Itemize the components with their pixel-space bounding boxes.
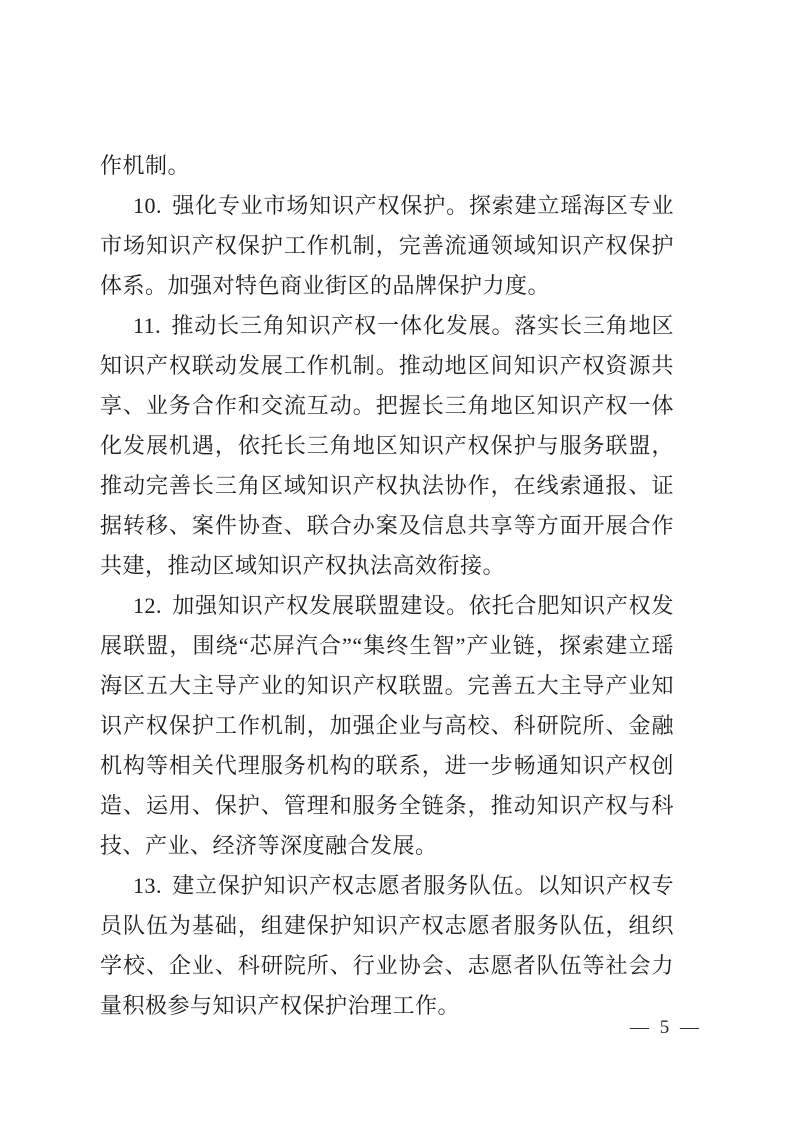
- paragraph-heading: 强化专业市场知识产权保护。: [172, 193, 469, 218]
- paragraph-number: 10.: [133, 193, 162, 218]
- paragraph-item-12: 12.加强知识产权发展联盟建设。依托合肥知识产权发展联盟，围绕“芯屏汽合”“集终…: [100, 586, 674, 866]
- page-number: — 5 —: [630, 1018, 702, 1037]
- paragraph-text: 依托合肥知识产权发展联盟，围绕“芯屏汽合”“集终生智”产业链，探索建立瑶海区五大…: [100, 593, 674, 858]
- paragraph-heading: 推动长三角知识产权一体化发展。: [171, 313, 514, 338]
- paragraph-heading: 加强知识产权发展联盟建设。: [172, 593, 469, 618]
- paragraph-item-10: 10.强化专业市场知识产权保护。探索建立瑶海区专业市场知识产权保护工作机制，完善…: [100, 186, 674, 306]
- continuation-paragraph: 作机制。: [100, 146, 674, 186]
- paragraph-item-11: 11.推动长三角知识产权一体化发展。落实长三角地区知识产权联动发展工作机制。推动…: [100, 306, 674, 586]
- paragraph-number: 12.: [133, 593, 162, 618]
- document-page: 作机制。 10.强化专业市场知识产权保护。探索建立瑶海区专业市场知识产权保护工作…: [0, 0, 793, 1122]
- paragraph-heading: 建立保护知识产权志愿者服务队伍。: [172, 873, 537, 898]
- paragraph-number: 13.: [133, 873, 162, 898]
- document-body: 作机制。 10.强化专业市场知识产权保护。探索建立瑶海区专业市场知识产权保护工作…: [100, 146, 674, 1026]
- paragraph-item-13: 13.建立保护知识产权志愿者服务队伍。以知识产权专员队伍为基础，组建保护知识产权…: [100, 866, 674, 1026]
- paragraph-number: 11.: [133, 313, 161, 338]
- paragraph-text: 落实长三角地区知识产权联动发展工作机制。推动地区间知识产权资源共享、业务合作和交…: [100, 313, 674, 578]
